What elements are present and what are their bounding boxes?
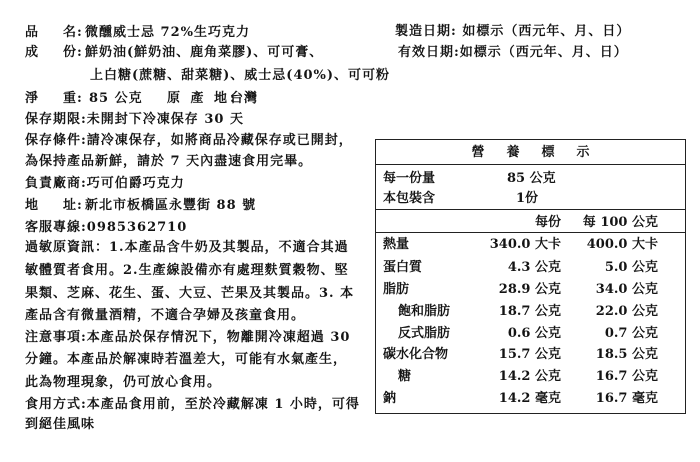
net-weight-label-b: 重: (63, 91, 83, 107)
product-name-label-b: 名: (63, 25, 83, 41)
origin-label: 原 產 地: (167, 91, 238, 107)
nutrition-title: 營養標示 (376, 145, 685, 161)
nutrient-name: 蛋白質 (383, 260, 422, 276)
nutrition-table: 營養標示 每一份量 85 公克 本包裝含 1份 每份 每 100 公克 熱量34… (375, 139, 686, 414)
usage-line-1: 食用方式:本產品食用前，至於冷藏解凍 1 小時，可得 (25, 397, 360, 413)
hotline: 客服專線:0985362710 (25, 220, 187, 236)
nutrient-name: 飽和脂肪 (398, 304, 450, 320)
notes-line-2: 分鐘。本產品於解凍時若溫差大，可能有水氣產生， (25, 352, 347, 368)
nutrient-name: 碳水化合物 (383, 347, 448, 363)
expiry-date: 有效日期:如標示（西元年、月、日） (398, 45, 628, 61)
nutrient-name: 鈉 (383, 391, 396, 407)
divider (376, 232, 685, 233)
notes-line-1: 注意事項:本產品於保存情況下，物離開冷凍超過 30 (25, 330, 350, 346)
origin-value: 台灣 (230, 91, 258, 107)
shelf-life: 保存期限:未開封下冷凍保存 30 天 (25, 112, 244, 128)
product-name-label-a: 品 (25, 25, 39, 41)
servings-value: 1份 (516, 191, 538, 207)
nutrient-per-100g: 5.0 公克 (605, 260, 658, 276)
nutrient-per-serving: 14.2 公克 (499, 369, 561, 385)
ingredients-line: 成 份: 鮮奶油(鮮奶油、鹿角菜膠)、可可膏、 (25, 45, 365, 61)
nutrient-per-serving: 4.3 公克 (508, 260, 561, 276)
address-label-a: 地 (25, 198, 39, 214)
address-value: 新北市板橋區永豐街 88 號 (85, 198, 256, 214)
manufacturer: 負責廠商:巧可伯爵巧克力 (25, 176, 185, 192)
servings-label: 本包裝含 (383, 191, 435, 207)
notes-line-3: 此為物理現象，仍可放心食用。 (25, 375, 221, 391)
allergen-line-4: 產品含有微量酒精，不適合孕婦及孩童食用。 (25, 308, 305, 324)
serving-size-value: 85 公克 (507, 171, 556, 187)
ingredients-label-b: 份: (63, 45, 83, 61)
nutrient-per-serving: 18.7 公克 (499, 304, 561, 320)
nutrient-per-100g: 16.7 毫克 (596, 391, 658, 407)
nutrient-per-100g: 400.0 大卡 (587, 237, 658, 253)
nutrient-per-100g: 34.0 公克 (596, 282, 658, 298)
nutrient-per-serving: 14.2 毫克 (499, 391, 561, 407)
manufacture-date: 製造日期: 如標示（西元年、月、日） (395, 24, 630, 40)
product-label: 品 名: 微醺威士忌 72%生巧克力 成 份: 鮮奶油(鮮奶油、鹿角菜膠)、可可… (0, 0, 700, 462)
ingredients-value: 鮮奶油(鮮奶油、鹿角菜膠)、可可膏、 (85, 45, 323, 61)
serving-size-label: 每一份量 (383, 171, 435, 187)
address-line: 地 址: 新北市板橋區永豐街 88 號 (25, 198, 325, 214)
net-weight-value: 85 公克 (89, 91, 143, 107)
net-weight-label-a: 淨 (25, 91, 39, 107)
allergen-line-2: 敏體質者食用。2.生產線設備亦有處理麩質穀物、堅 (25, 263, 349, 279)
nutrient-name: 反式脂肪 (398, 326, 450, 342)
nutrient-name: 糖 (398, 369, 411, 385)
nutrient-per-serving: 0.6 公克 (508, 326, 561, 342)
storage-line-2: 為保持產品新鮮，請於 7 天內盡速食用完畢。 (25, 154, 312, 170)
nutrient-per-serving: 15.7 公克 (499, 347, 561, 363)
allergen-line-3: 果類、芝麻、花生、蛋、大豆、芒果及其製品。3. 本 (25, 286, 354, 302)
nutrient-per-100g: 0.7 公克 (605, 326, 658, 342)
storage-line-1: 保存條件:請冷凍保存，如將商品冷藏保存或已開封， (25, 133, 353, 149)
net-weight-line: 淨 重: 85 公克 原 產 地: 台灣 (25, 91, 325, 107)
nutrient-name: 熱量 (383, 237, 409, 253)
col-header-per-100g: 每 100 公克 (583, 215, 658, 231)
nutrient-per-100g: 18.5 公克 (596, 347, 658, 363)
usage-line-2: 到絕佳風味 (25, 417, 95, 433)
ingredients-label-a: 成 (25, 45, 39, 61)
address-label-b: 址: (63, 198, 83, 214)
divider (376, 209, 685, 210)
divider (376, 164, 685, 165)
nutrient-per-100g: 16.7 公克 (596, 369, 658, 385)
nutrient-per-serving: 340.0 大卡 (490, 237, 561, 253)
nutrient-name: 脂肪 (383, 282, 409, 298)
product-name-line: 品 名: 微醺威士忌 72%生巧克力 (25, 25, 365, 41)
product-name-value: 微醺威士忌 72%生巧克力 (85, 25, 250, 41)
ingredients-continuation: 上白糖(蔗糖、甜菜糖)、威士忌(40%)、可可粉 (90, 68, 390, 84)
col-header-per-serving: 每份 (535, 215, 561, 231)
nutrient-per-serving: 28.9 公克 (499, 282, 561, 298)
nutrient-per-100g: 22.0 公克 (596, 304, 658, 320)
allergen-line-1: 過敏原資訊：1.本產品含牛奶及其製品，不適合其過 (25, 240, 349, 256)
